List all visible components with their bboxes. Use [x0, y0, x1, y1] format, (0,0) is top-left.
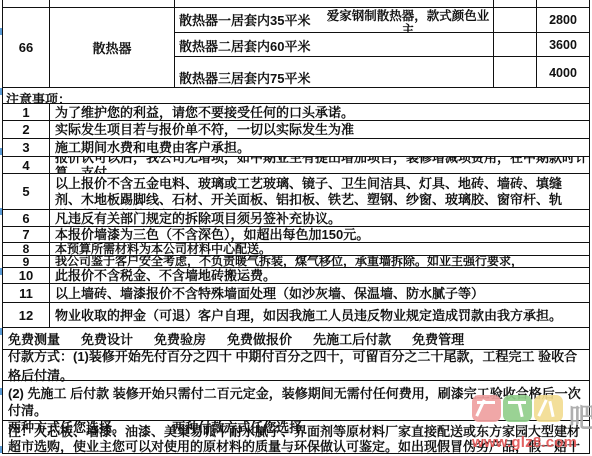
brand-note: 爱家钢制散热器，款式颜色业主 自由选择	[325, 9, 491, 32]
spec-cell: 散热器二居套内60平米	[175, 33, 494, 56]
note-row-2: 2 实际发生项目若与报价单不符，一切以实际发生为准	[3, 121, 589, 139]
note-row-8: 8 本预算所需材料为本公司材料中心配送。	[3, 243, 589, 256]
note-text: 以上报价不含五金电料、玻璃或工艺玻璃、镜子、卫生间洁具、灯具、地砖、墙砖、填缝剂…	[50, 174, 589, 209]
partial-cell	[537, 0, 589, 7]
note-row-10: 10 此报价不含税金、不含墙地砖搬运费。	[3, 268, 589, 284]
margin-tick	[0, 388, 2, 395]
note-text: 此报价不含税金、不含墙地砖搬运费。	[50, 268, 589, 283]
radiator-subrow-1: 散热器一居套内35平米 爱家钢制散热器，款式颜色业主 自由选择 2800	[175, 8, 589, 33]
note-text: 本报价墙漆为三色（不含深色），如超出每色加150元。	[50, 227, 589, 242]
note-row-5: 5 以上报价不含五金电料、玻璃或工艺玻璃、镜子、卫生间洁具、灯具、地砖、墙砖、填…	[3, 174, 589, 210]
note-number: 1	[3, 104, 50, 120]
note-text: 为了维护您的利益，请您不要接受任何的口头承诺。	[50, 104, 589, 120]
note-number: 11	[3, 284, 50, 302]
blank-cell	[494, 33, 537, 56]
note-text: 物业收取的押金（可退）客户自理，如因我施工人员违反物业规定造成罚款由我方承担。	[50, 303, 589, 327]
note-row-7: 7 本报价墙漆为三色（不含深色），如超出每色加150元。	[3, 227, 589, 243]
payment-line1: 付款方式：(1)装修开始先付百分之四十 中期付百分之四十，可留百分之二十尾款，工…	[8, 346, 589, 384]
margin-tick	[0, 28, 2, 35]
note-text: 报价认可以后，我公司无增项，如中期业主有提出增加项目，装修增减项费用，在中期款时…	[50, 157, 589, 173]
item-number-cell: 66	[3, 8, 50, 87]
spec-text: 散热器一居套内35平米	[179, 10, 310, 29]
radiator-subrow-2: 散热器二居套内60平米 3600	[175, 33, 589, 57]
margin-tick	[0, 268, 2, 275]
spec-cell: 散热器三居套内75平米	[175, 57, 494, 88]
note-text: 本预算所需材料为本公司材料中心配送。	[50, 243, 589, 255]
note-text: 施工期间水费和电费由客户承担。	[50, 139, 589, 156]
note-number: 4	[3, 157, 50, 173]
watermark-url: www.glz8.com	[472, 434, 577, 451]
blank-cell	[494, 8, 537, 32]
note-text: 我公司鉴于客户安全考虑，不负责暖气拆装，煤气移位，承重墙拆除。如业主强行要求，	[50, 256, 589, 267]
logo-tile-icon	[472, 395, 501, 422]
partial-cell	[3, 0, 50, 7]
notes-header: 注意事项：	[3, 88, 589, 103]
note-text: 实际发生项目若与报价单不符，一切以实际发生为准	[50, 121, 589, 138]
radiator-item-row: 66 散热器 散热器一居套内35平米 爱家钢制散热器，款式颜色业主 自由选择 2…	[3, 8, 589, 88]
price-cell: 2800	[537, 8, 589, 32]
note-number: 9	[3, 256, 50, 267]
note-row-6: 6 凡违反有关部门规定的拆除项目须另签补充协议。	[3, 210, 589, 227]
quotation-document: 66 散热器 散热器一居套内35平米 爱家钢制散热器，款式颜色业主 自由选择 2…	[0, 0, 592, 456]
note-number: 2	[3, 121, 50, 138]
radiator-subrows: 散热器一居套内35平米 爱家钢制散热器，款式颜色业主 自由选择 2800 散热器…	[175, 8, 589, 87]
logo-tile-icon	[534, 395, 563, 422]
note-row-12: 12 物业收取的押金（可退）客户自理，如因我施工人员违反物业规定造成罚款由我方承…	[3, 303, 589, 328]
quotation-table: 66 散热器 散热器一居套内35平米 爱家钢制散热器，款式颜色业主 自由选择 2…	[2, 0, 590, 454]
spec-cell: 散热器一居套内35平米 爱家钢制散热器，款式颜色业主 自由选择	[175, 8, 494, 32]
note-text: 凡违反有关部门规定的拆除项目须另签补充协议。	[50, 210, 589, 226]
partial-cell	[494, 0, 537, 7]
note-number: 6	[3, 210, 50, 226]
note-number: 8	[3, 243, 50, 255]
blank-cell	[494, 57, 537, 88]
price-cell: 3600	[537, 33, 589, 56]
payment-method-row-1: 付款方式：(1)装修开始先付百分之四十 中期付百分之四十，可留百分之二十尾款，工…	[3, 350, 589, 381]
note-number: 3	[3, 139, 50, 156]
watermark-suffix-char: 吧	[569, 405, 592, 432]
item-name-cell: 散热器	[50, 8, 175, 87]
note-row-4: 4 报价认可以后，我公司无增项，如中期业主有提出增加项目，装修增减项费用，在中期…	[3, 157, 589, 174]
margin-tick	[0, 88, 2, 95]
note-number: 12	[3, 303, 50, 327]
note-text: 以上墙砖、墙漆报价不含特殊墙面处理（如沙灰墙、保温墙、防水腻子等）	[50, 284, 589, 302]
logo-tile-icon	[503, 395, 532, 422]
note-number: 5	[3, 174, 50, 209]
note-row-1: 1 为了维护您的利益，请您不要接受任何的口头承诺。	[3, 104, 589, 121]
note-number: 10	[3, 268, 50, 283]
notes-header-row: 注意事项：	[3, 88, 589, 104]
note-row-11: 11 以上墙砖、墙漆报价不含特殊墙面处理（如沙灰墙、保温墙、防水腻子等）	[3, 284, 589, 303]
margin-tick	[0, 208, 2, 215]
note-number: 7	[3, 227, 50, 242]
price-cell: 4000	[537, 57, 589, 88]
watermark-logo-tiles	[472, 395, 565, 422]
margin-tick	[0, 328, 2, 335]
note-row-9: 9 我公司鉴于客户安全考虑，不负责暖气拆装，煤气移位，承重墙拆除。如业主强行要求…	[3, 256, 589, 268]
site-watermark: 吧 www.glz8.com	[472, 395, 592, 451]
radiator-subrow-3: 散热器三居套内75平米 4000	[175, 57, 589, 88]
note-row-3: 3 施工期间水费和电费由客户承担。	[3, 139, 589, 157]
margin-tick	[0, 148, 2, 155]
partial-cell	[175, 0, 494, 7]
margin-tick	[0, 446, 2, 453]
partial-top-row	[3, 0, 589, 8]
brand-note-line1: 爱家钢制散热器，款式颜色业主	[325, 9, 491, 32]
partial-cell	[50, 0, 175, 7]
